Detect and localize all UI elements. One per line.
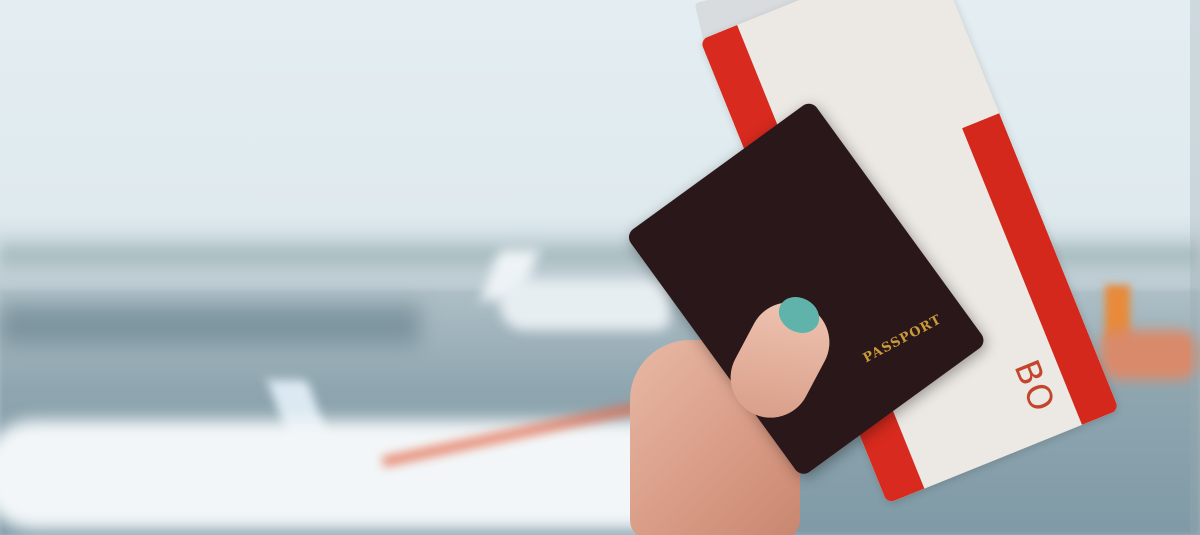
airport-photo: BO PASSPORT — [0, 0, 1200, 535]
boarding-pass-text: BO — [1006, 354, 1063, 419]
passport-cover-text: PASSPORT — [861, 312, 945, 366]
near-plane-fuselage — [0, 420, 700, 530]
runway-shadow — [0, 305, 420, 345]
right-plane — [1100, 330, 1200, 380]
window-frame-edge — [1190, 0, 1200, 535]
distant-plane — [500, 280, 670, 330]
